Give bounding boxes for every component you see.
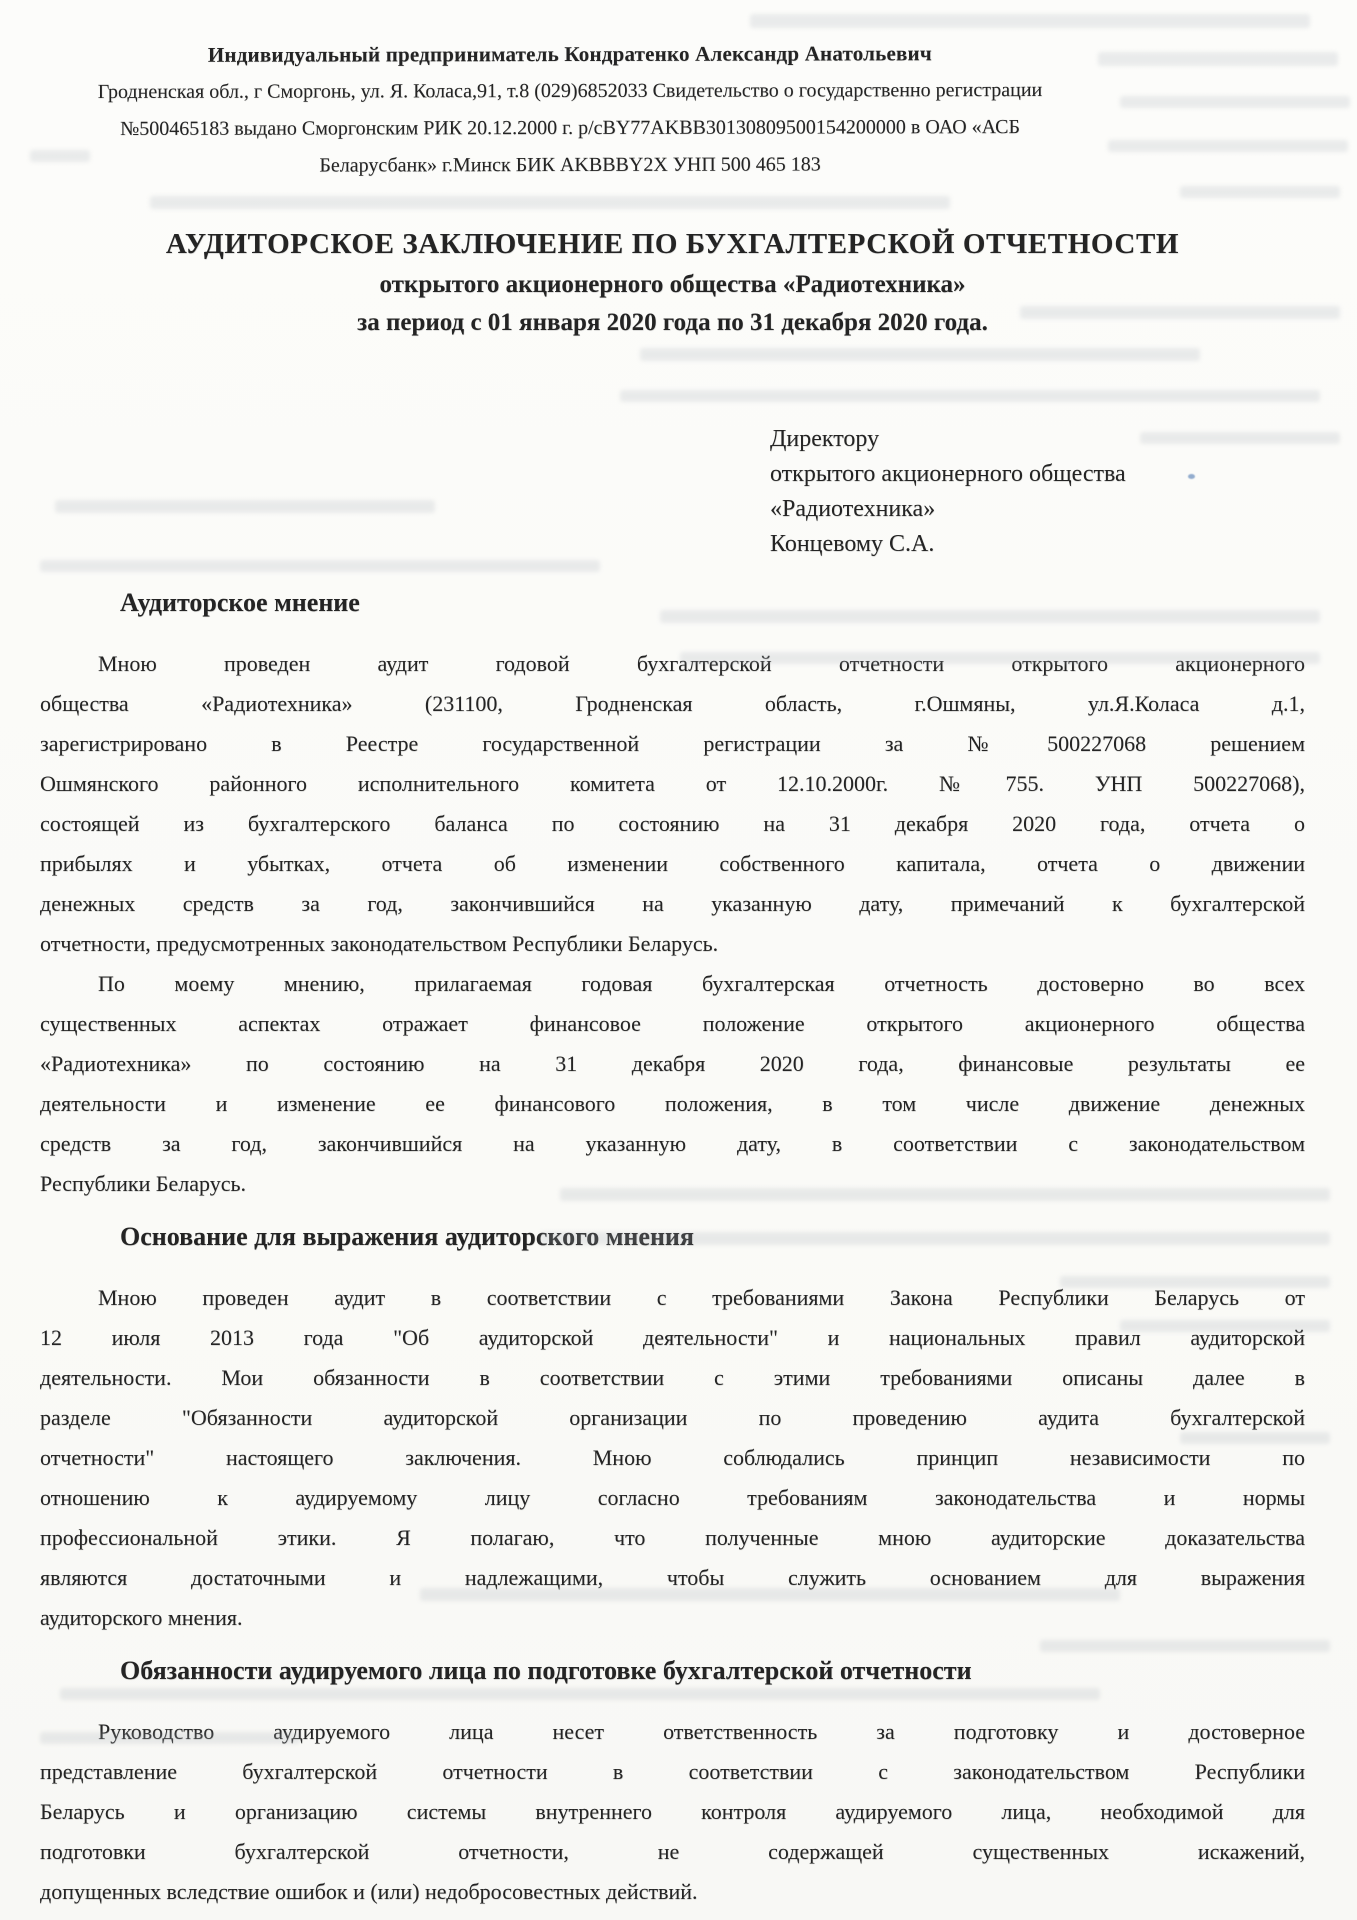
bleed-through-line <box>750 14 1310 28</box>
text-line: общества «Радиотехника» (231100, Гроднен… <box>40 684 1305 724</box>
addressee-person: Концевому С.А. <box>770 527 1357 562</box>
text-line: 12 июля 2013 года "Об аудиторской деятел… <box>40 1318 1305 1358</box>
bleed-through-line <box>640 348 1200 361</box>
text-line: Ошмянского районного исполнительного ком… <box>40 764 1305 804</box>
text-line: деятельности. Мои обязанности в соответс… <box>40 1358 1305 1398</box>
text-line: допущенных вследствие ошибок и (или) нед… <box>40 1872 1305 1912</box>
section-heading: Аудиторское мнение <box>120 588 1305 618</box>
text-line: состоящей из бухгалтерского баланса по с… <box>40 804 1305 844</box>
letterhead-entrepreneur-name: Индивидуальный предприниматель Кондратен… <box>40 35 1100 74</box>
addressee-block: Директору открытого акционерного обществ… <box>770 422 1357 562</box>
addressee-role: Директору <box>770 422 1357 457</box>
bleed-through-line <box>1098 52 1338 66</box>
text-line: отчетности" настоящего заключения. Мною … <box>40 1438 1305 1478</box>
paragraph: Мною проведен аудит в соответствии с тре… <box>40 1278 1305 1638</box>
text-line: денежных средств за год, закончившийся н… <box>40 884 1305 924</box>
text-line: отчетности, предусмотренных законодатель… <box>40 924 1305 964</box>
section-heading: Основание для выражения аудиторского мне… <box>120 1222 1305 1252</box>
document-title-period: за период с 01 января 2020 года по 31 де… <box>40 304 1305 342</box>
paragraph: Руководство аудируемого лица несет ответ… <box>40 1712 1305 1912</box>
text-line: аудиторского мнения. <box>40 1598 1305 1638</box>
paragraph: По моему мнению, прилагаемая годовая бух… <box>40 964 1305 1204</box>
text-line: Руководство аудируемого лица несет ответ… <box>40 1712 1305 1752</box>
text-line: Республики Беларусь. <box>40 1164 1305 1204</box>
scanned-document-page: Индивидуальный предприниматель Кондратен… <box>0 0 1357 1920</box>
bleed-through-line <box>55 500 435 513</box>
document-section: Обязанности аудируемого лица по подготов… <box>40 1656 1305 1912</box>
text-line: средств за год, закончившийся на указанн… <box>40 1124 1305 1164</box>
addressee-company-line1: открытого акционерного общества <box>770 457 1357 492</box>
text-line: разделе "Обязанности аудиторской организ… <box>40 1398 1305 1438</box>
letterhead: Индивидуальный предприниматель Кондратен… <box>40 35 1100 185</box>
letterhead-address-contacts: Гродненская обл., г Сморгонь, ул. Я. Кол… <box>40 72 1100 111</box>
letterhead-bank-details: Беларусбанк» г.Минск БИК AKBBBY2X УНП 50… <box>40 146 1100 185</box>
bleed-through-line <box>150 196 950 209</box>
letterhead-registration-account: №500465183 выдано Сморгонским РИК 20.12.… <box>40 109 1100 148</box>
text-line: профессиональной этики. Я полагаю, что п… <box>40 1518 1305 1558</box>
text-line: подготовки бухгалтерской отчетности, не … <box>40 1832 1305 1872</box>
text-line: существенных аспектах отражает финансово… <box>40 1004 1305 1044</box>
document-title: АУДИТОРСКОЕ ЗАКЛЮЧЕНИЕ ПО БУХГАЛТЕРСКОЙ … <box>40 222 1305 342</box>
text-line: Беларусь и организацию системы внутренне… <box>40 1792 1305 1832</box>
text-line: отношению к аудируемому лицу согласно тр… <box>40 1478 1305 1518</box>
document-title-main: АУДИТОРСКОЕ ЗАКЛЮЧЕНИЕ ПО БУХГАЛТЕРСКОЙ … <box>40 222 1305 266</box>
bleed-through-line <box>620 390 1320 402</box>
text-line: зарегистрировано в Реестре государственн… <box>40 724 1305 764</box>
section-heading: Обязанности аудируемого лица по подготов… <box>120 1656 1305 1686</box>
text-line: Мною проведен аудит годовой бухгалтерско… <box>40 644 1305 684</box>
text-line: Мною проведен аудит в соответствии с тре… <box>40 1278 1305 1318</box>
document-section: Основание для выражения аудиторского мне… <box>40 1222 1305 1638</box>
text-line: «Радиотехника» по состоянию на 31 декабр… <box>40 1044 1305 1084</box>
bleed-through-line <box>1108 140 1348 152</box>
ink-dot-artifact <box>1188 474 1195 479</box>
text-line: деятельности и изменение ее финансового … <box>40 1084 1305 1124</box>
text-line: представление бухгалтерской отчетности в… <box>40 1752 1305 1792</box>
bleed-through-line <box>1120 96 1350 108</box>
addressee-company-line2: «Радиотехника» <box>770 492 1357 527</box>
text-line: являются достаточными и надлежащими, что… <box>40 1558 1305 1598</box>
document-title-company: открытого акционерного общества «Радиоте… <box>40 266 1305 304</box>
document-sections: Аудиторское мнениеМною проведен аудит го… <box>40 570 1305 1912</box>
document-section: Аудиторское мнениеМною проведен аудит го… <box>40 588 1305 1204</box>
text-line: прибылях и убытках, отчета об изменении … <box>40 844 1305 884</box>
paragraph: Мною проведен аудит годовой бухгалтерско… <box>40 644 1305 964</box>
bleed-through-line <box>1180 186 1340 198</box>
text-line: По моему мнению, прилагаемая годовая бух… <box>40 964 1305 1004</box>
